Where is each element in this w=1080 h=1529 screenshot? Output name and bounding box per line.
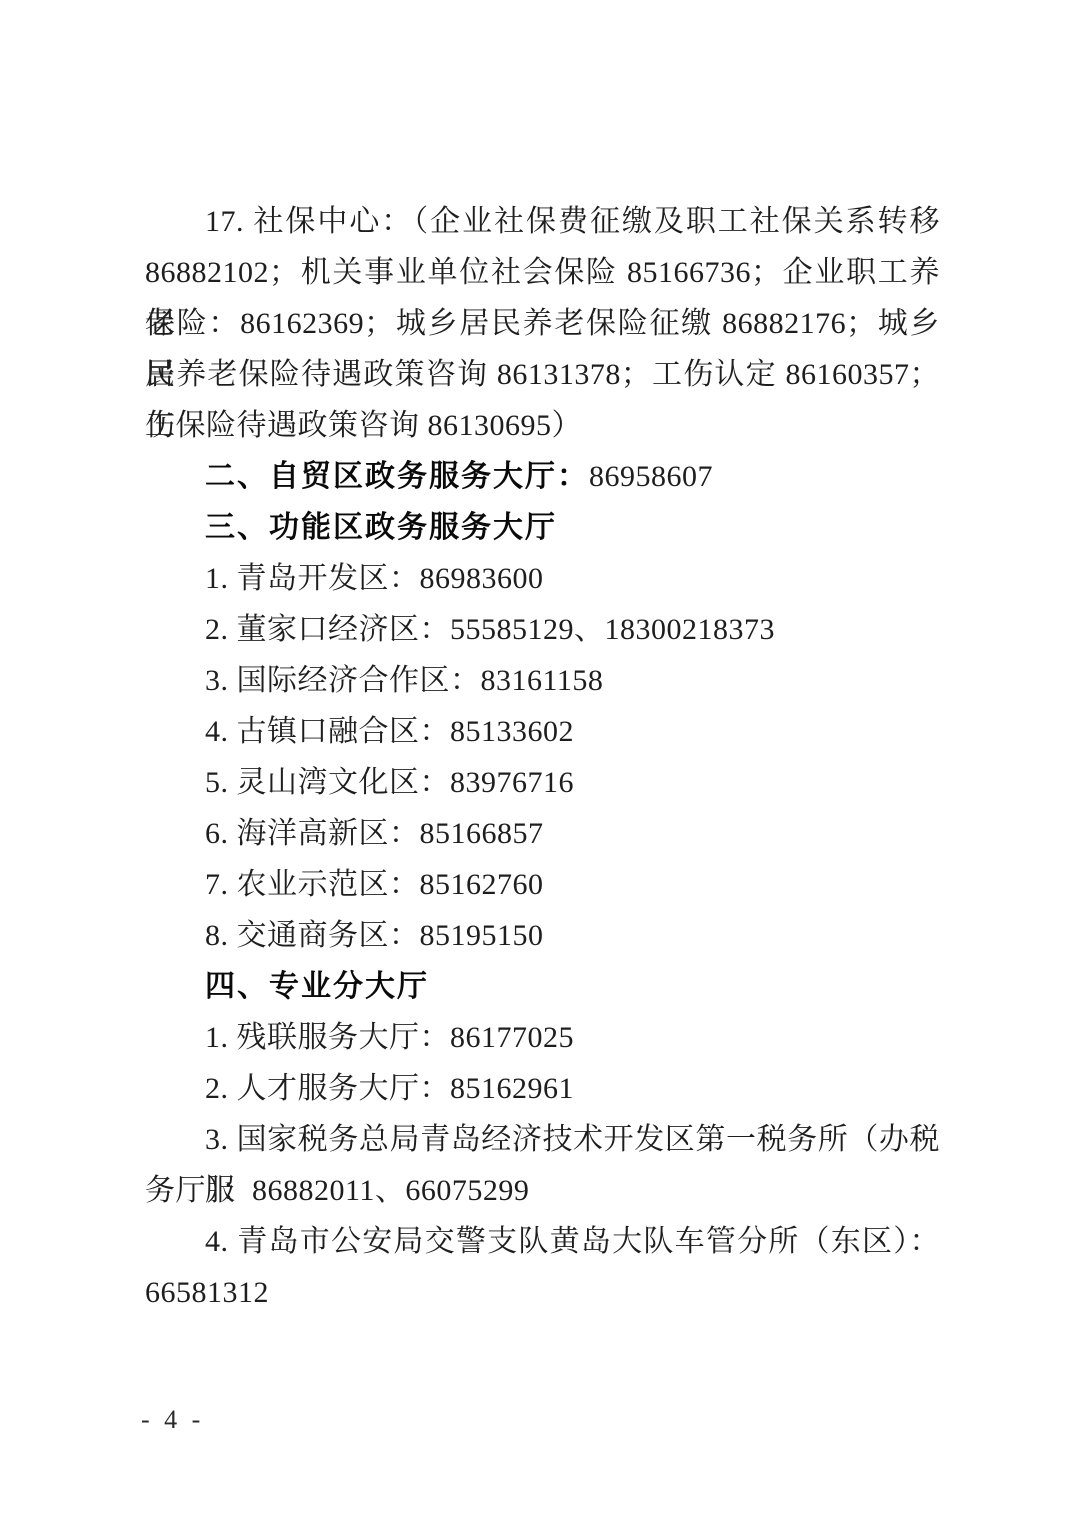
list-item: 7. 农业示范区：85162760: [145, 859, 940, 910]
list-item: 1. 残联服务大厅：86177025: [145, 1012, 940, 1063]
section-heading-2: 二、自贸区政务服务大厅：86958607: [145, 451, 940, 502]
section-heading-3: 三、功能区政务服务大厅: [145, 502, 940, 553]
paragraph-line: 伤保险待遇政策咨询 86130695）: [145, 400, 940, 451]
document-page: 17. 社保中心：（企业社保费征缴及职工社保关系转移 86882102；机关事业…: [0, 0, 1080, 1529]
list-item: 4. 古镇口融合区：85133602: [145, 706, 940, 757]
section-heading-4: 四、专业分大厅: [145, 961, 940, 1012]
paragraph-line: 保险：86162369；城乡居民养老保险征缴 86882176；城乡居: [145, 298, 940, 349]
list-item: 1. 青岛开发区：86983600: [145, 553, 940, 604]
list-item: 3. 国际经济合作区：83161158: [145, 655, 940, 706]
section-heading-label: 三、功能区政务服务大厅: [205, 511, 557, 544]
list-item: 2. 董家口经济区：55585129、18300218373: [145, 604, 940, 655]
paragraph-line: 86882102；机关事业单位社会保险 85166736；企业职工养老: [145, 247, 940, 298]
list-item: 8. 交通商务区：85195150: [145, 910, 940, 961]
list-item: 6. 海洋高新区：85166857: [145, 808, 940, 859]
section-heading-label: 四、专业分大厅: [205, 970, 429, 1003]
list-item-continuation: 务厅）：86882011、66075299: [145, 1165, 940, 1216]
list-item: 5. 灵山湾文化区：83976716: [145, 757, 940, 808]
list-item: 4. 青岛市公安局交警支队黄岛大队车管分所（东区）：: [145, 1216, 940, 1267]
list-item: 2. 人才服务大厅：85162961: [145, 1063, 940, 1114]
list-item-continuation: 66581312: [145, 1267, 940, 1318]
page-number: - 4 -: [141, 1405, 204, 1435]
section-heading-label: 二、自贸区政务服务大厅：: [205, 460, 589, 493]
section-heading-phone: 86958607: [589, 460, 713, 493]
paragraph-line: 17. 社保中心：（企业社保费征缴及职工社保关系转移: [145, 196, 940, 247]
document-body: 17. 社保中心：（企业社保费征缴及职工社保关系转移 86882102；机关事业…: [145, 196, 940, 1318]
paragraph-line: 民养老保险待遇政策咨询 86131378；工伤认定 86160357；工: [145, 349, 940, 400]
list-item: 3. 国家税务总局青岛经济技术开发区第一税务所（办税服: [145, 1114, 940, 1165]
